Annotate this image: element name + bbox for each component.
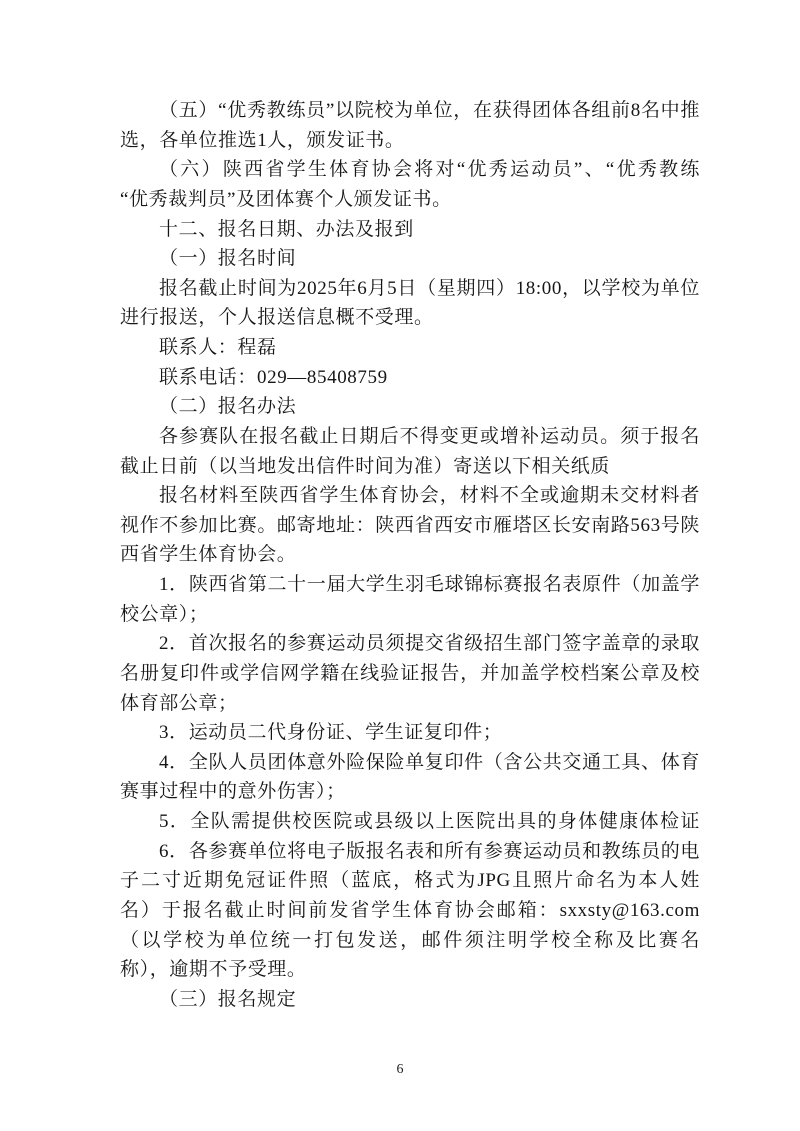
document-line: 称），逾期不予受理。 — [120, 955, 700, 985]
document-line: 名）于报名截止时间前发省学生体育协会邮箱：sxxsty@163.com — [120, 896, 700, 926]
document-line: “优秀裁判员”及团体赛个人颁发证书。 — [120, 185, 700, 215]
document-line: （以学校为单位统一打包发送，邮件须注明学校全称及比赛名 — [120, 926, 700, 956]
document-line: 视作不参加比赛。邮寄地址：陕西省西安市雁塔区长安南路563号陕 — [120, 511, 700, 541]
document-line: 2．首次报名的参赛运动员须提交省级招生部门签字盖章的录取 — [120, 629, 700, 659]
document-line: 截止日前（以当地发出信件时间为准）寄送以下相关纸质 — [120, 452, 700, 482]
document-text-block: （五）“优秀教练员”以院校为单位，在获得团体各组前8名中推选，各单位推选1人，颁… — [120, 96, 700, 1014]
document-line: 报名材料至陕西省学生体育协会，材料不全或逾期未交材料者 — [120, 481, 700, 511]
document-line: 体育部公章； — [120, 689, 700, 719]
document-line: （五）“优秀教练员”以院校为单位，在获得团体各组前8名中推 — [120, 96, 700, 126]
document-line: 4．全队人员团体意外险保险单复印件（含公共交通工具、体育 — [120, 748, 700, 778]
document-line: （一）报名时间 — [120, 244, 700, 274]
document-line: 子二寸近期免冠证件照（蓝底，格式为JPG且照片命名为本人姓 — [120, 866, 700, 896]
page-number: 6 — [0, 1062, 800, 1078]
document-line: 西省学生体育协会。 — [120, 540, 700, 570]
document-line: 名册复印件或学信网学籍在线验证报告，并加盖学校档案公章及校 — [120, 659, 700, 689]
document-line: 联系电话：029—85408759 — [120, 363, 700, 393]
document-line: 校公章）； — [120, 600, 700, 630]
document-line: （六）陕西省学生体育协会将对“优秀运动员”、“优秀教练员”、 — [120, 155, 700, 185]
document-line: （二）报名办法 — [120, 392, 700, 422]
document-line: 十二、报名日期、办法及报到 — [120, 215, 700, 245]
document-line: 1．陕西省第二十一届大学生羽毛球锦标赛报名表原件（加盖学 — [120, 570, 700, 600]
document-line: 3．运动员二代身份证、学生证复印件； — [120, 718, 700, 748]
document-line: 联系人：程磊 — [120, 333, 700, 363]
document-line: 6．各参赛单位将电子版报名表和所有参赛运动员和教练员的电 — [120, 837, 700, 867]
document-line: 各参赛队在报名截止日期后不得变更或增补运动员。须于报名 — [120, 422, 700, 452]
document-page: （五）“优秀教练员”以院校为单位，在获得团体各组前8名中推选，各单位推选1人，颁… — [0, 0, 800, 1131]
document-line: 赛事过程中的意外伤害）； — [120, 777, 700, 807]
document-line: 选，各单位推选1人，颁发证书。 — [120, 126, 700, 156]
document-line: 报名截止时间为2025年6月5日（星期四）18:00，以学校为单位 — [120, 274, 700, 304]
document-line: （三）报名规定 — [120, 985, 700, 1015]
document-line: 进行报送，个人报送信息概不受理。 — [120, 303, 700, 333]
document-line: 5．全队需提供校医院或县级以上医院出具的身体健康体检证明； — [120, 807, 700, 837]
